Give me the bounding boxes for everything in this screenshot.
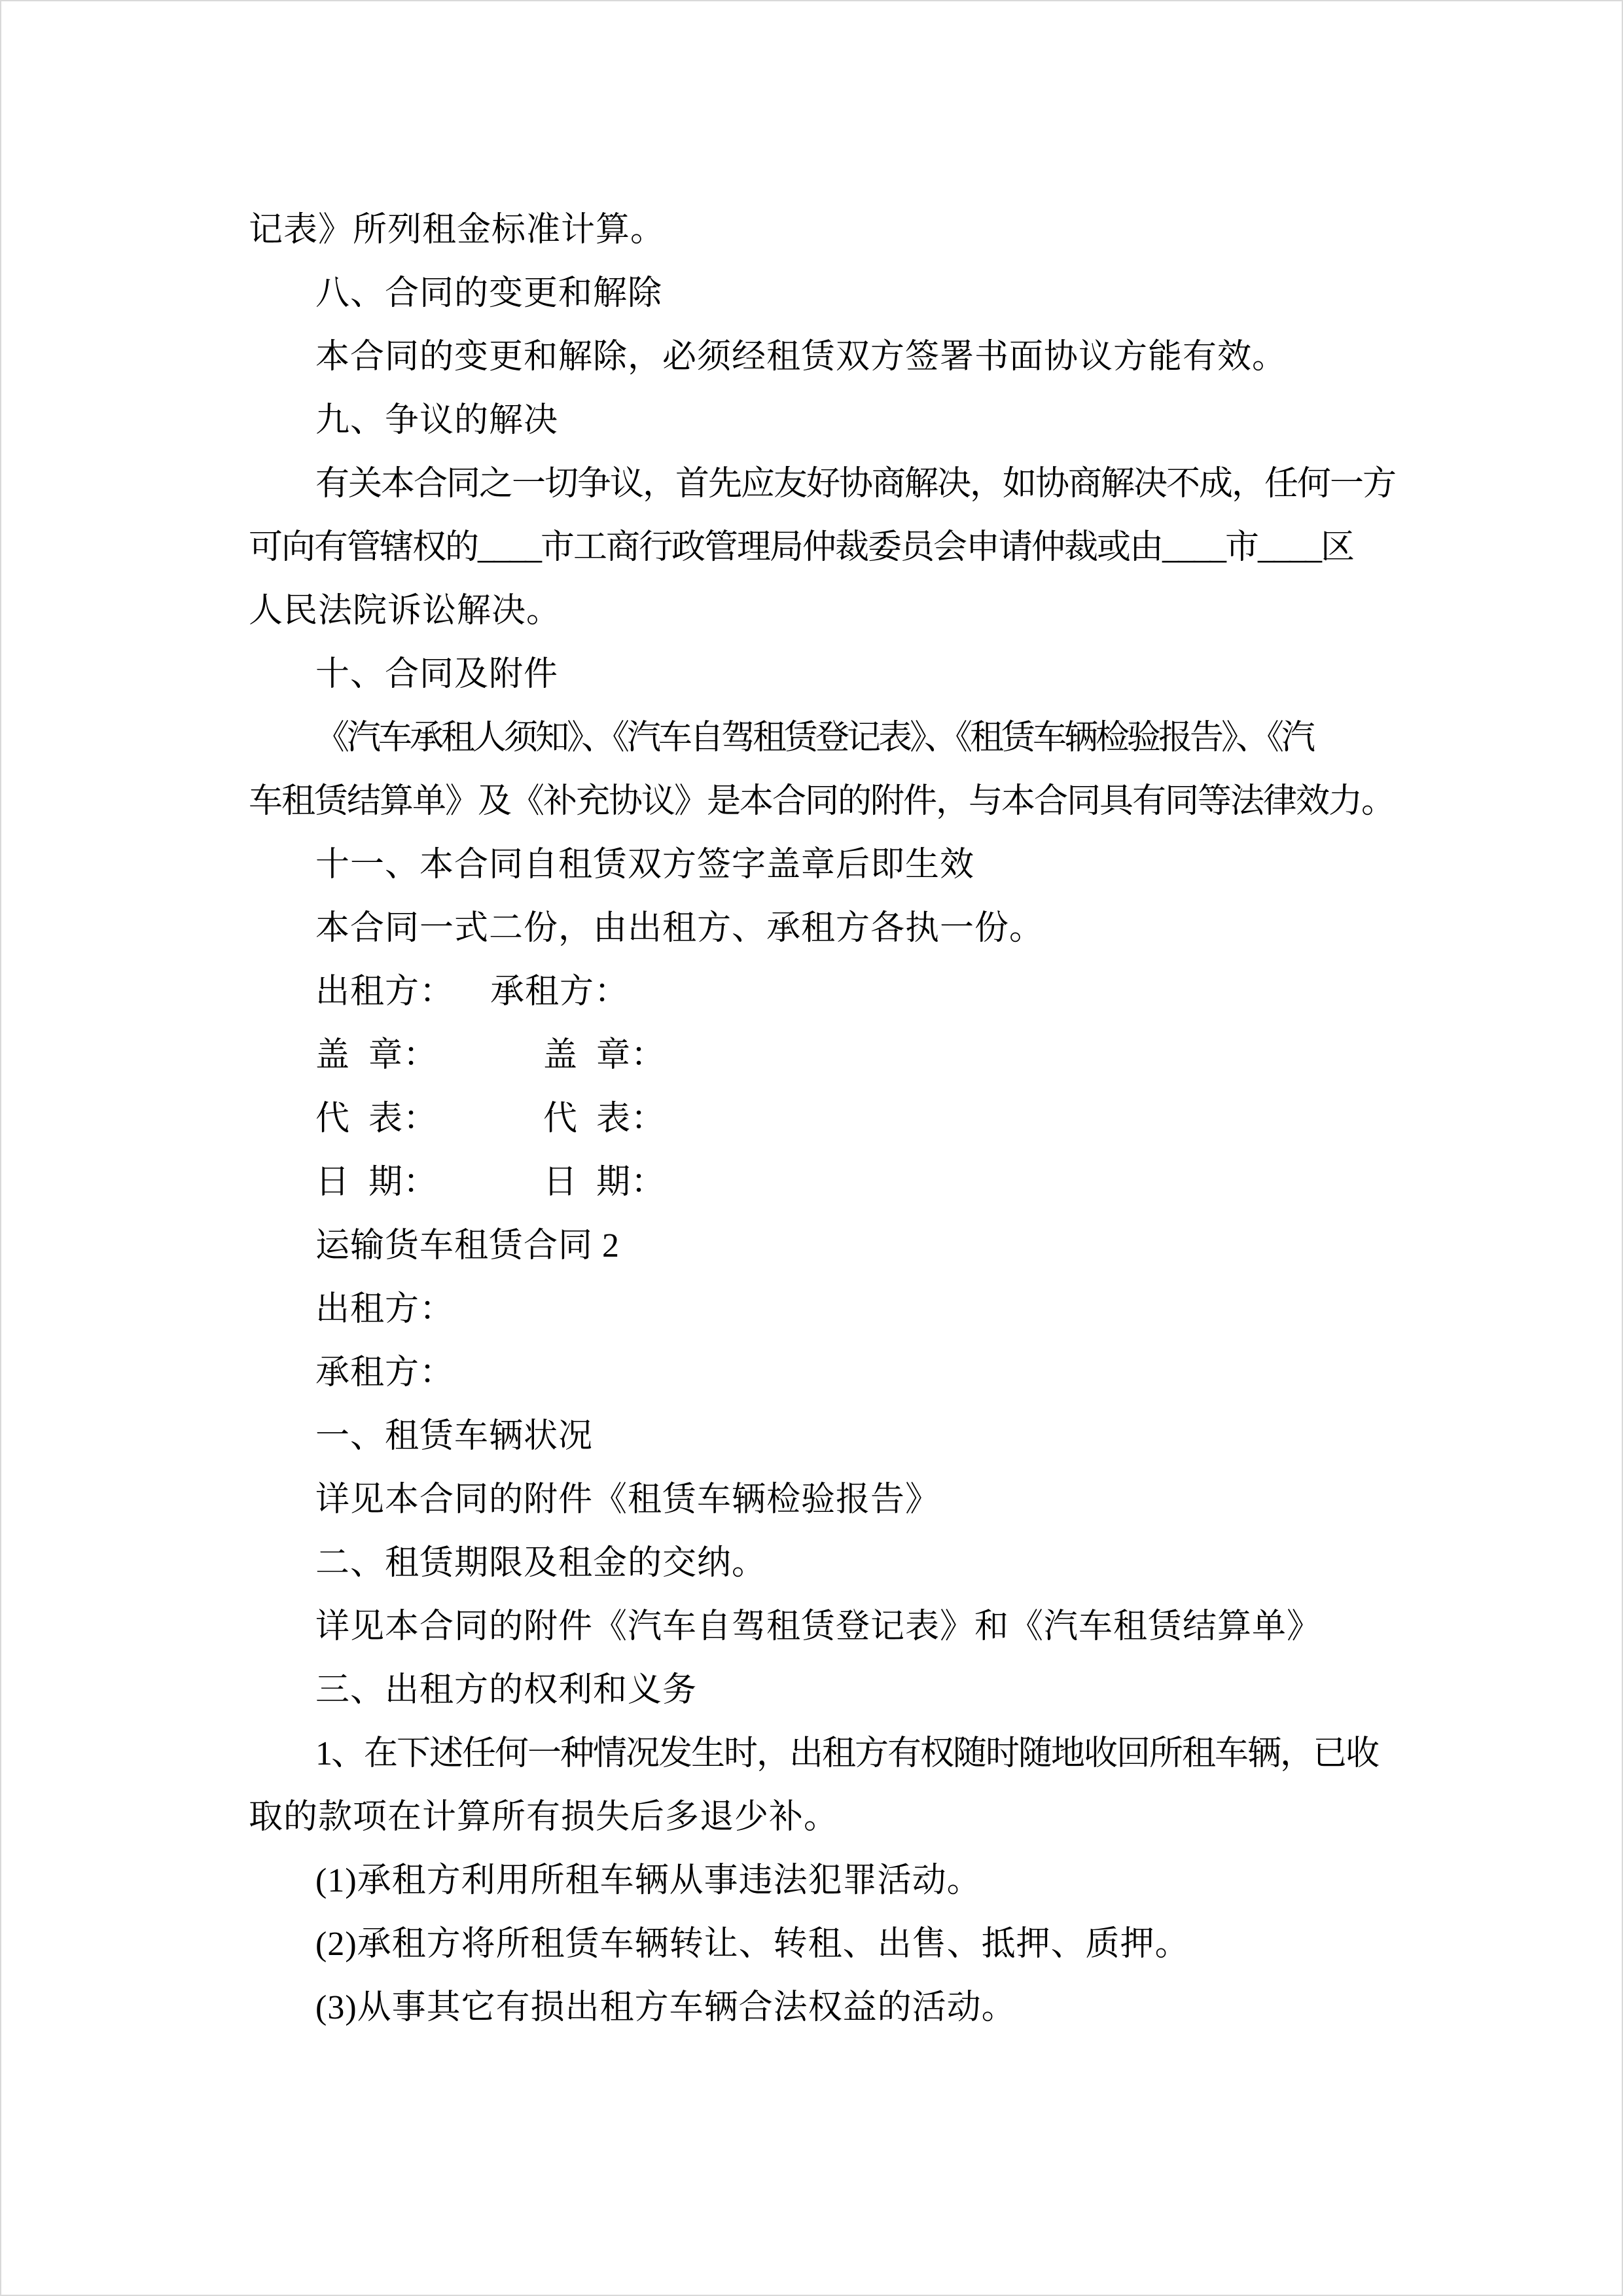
clause-item-2: (2)承租方将所租赁车辆转让、转租、出售、抵押、质押。 — [249, 1912, 1378, 1976]
contract-2-title: 运输货车租赁合同 2 — [249, 1214, 1378, 1278]
section-heading-10: 十、合同及附件 — [249, 643, 1378, 706]
lessee-line: 承租方： — [249, 1341, 1378, 1405]
section-heading-3: 三、出租方的权利和义务 — [249, 1659, 1378, 1722]
lessor-line: 出租方： — [249, 1278, 1378, 1341]
text-line: 1、在下述任何一种情况发生时，出租方有权随时随地收回所租车辆，已收 — [249, 1722, 1378, 1785]
text-line: 详见本合同的附件《租赁车辆检验报告》 — [249, 1468, 1378, 1532]
signature-line-representative: 代 表： 代 表： — [249, 1087, 1378, 1151]
text-line: 《汽车承租人须知》、《汽车自驾租赁登记表》、《租赁车辆检验报告》、《汽 — [249, 706, 1378, 770]
signature-line-parties: 出租方： 承租方： — [249, 960, 1378, 1024]
text-line: 记表》所列租金标准计算。 — [249, 198, 1378, 262]
contract-text-block: 记表》所列租金标准计算。 八、合同的变更和解除 本合同的变更和解除，必须经租赁双… — [249, 198, 1378, 2039]
text-line: 详见本合同的附件《汽车自驾租赁登记表》和《汽车租赁结算单》 — [249, 1595, 1378, 1659]
text-line: 有关本合同之一切争议，首先应友好协商解决，如协商解决不成，任何一方 — [249, 452, 1378, 516]
text-line: 取的款项在计算所有损失后多退少补。 — [249, 1785, 1378, 1849]
text-line: 可向有管辖权的____市工商行政管理局仲裁委员会申请仲裁或由____市____区 — [249, 516, 1378, 579]
clause-item-1: (1)承租方利用所租车辆从事违法犯罪活动。 — [249, 1849, 1378, 1912]
section-heading-11: 十一、本合同自租赁双方签字盖章后即生效 — [249, 833, 1378, 897]
document-page: 记表》所列租金标准计算。 八、合同的变更和解除 本合同的变更和解除，必须经租赁双… — [0, 0, 1623, 2296]
section-heading-1: 一、租赁车辆状况 — [249, 1405, 1378, 1468]
section-heading-8: 八、合同的变更和解除 — [249, 262, 1378, 325]
signature-line-seal: 盖 章： 盖 章： — [249, 1024, 1378, 1087]
text-line: 车租赁结算单》及《补充协议》是本合同的附件，与本合同具有同等法律效力。 — [249, 770, 1378, 833]
signature-line-date: 日 期： 日 期： — [249, 1151, 1378, 1214]
text-line: 本合同的变更和解除，必须经租赁双方签署书面协议方能有效。 — [249, 325, 1378, 389]
text-line: 人民法院诉讼解决。 — [249, 579, 1378, 643]
clause-item-3: (3)从事其它有损出租方车辆合法权益的活动。 — [249, 1976, 1378, 2039]
section-heading-9: 九、争议的解决 — [249, 389, 1378, 452]
section-heading-2: 二、租赁期限及租金的交纳。 — [249, 1532, 1378, 1595]
text-line: 本合同一式二份，由出租方、承租方各执一份。 — [249, 897, 1378, 960]
